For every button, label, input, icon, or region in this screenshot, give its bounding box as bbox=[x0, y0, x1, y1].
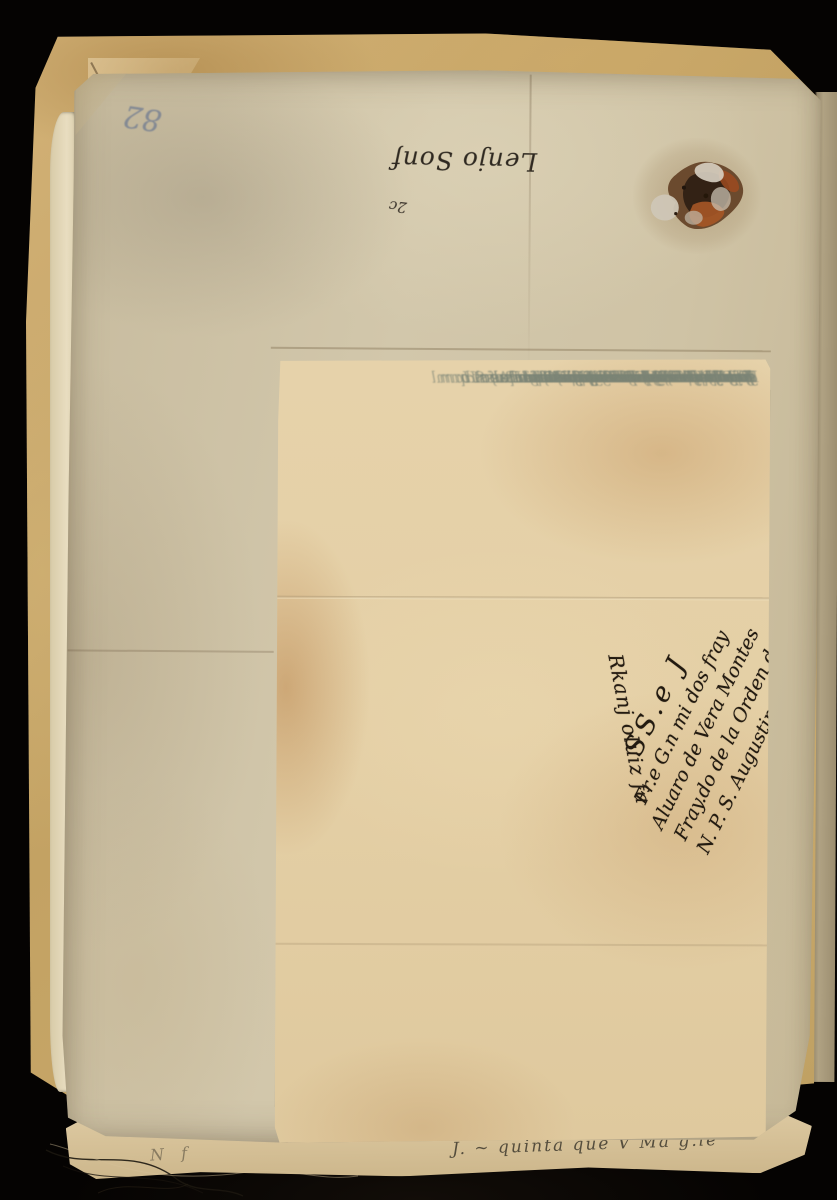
loose-threads bbox=[38, 1138, 378, 1200]
crease-above-inset bbox=[271, 347, 771, 352]
wax-seal bbox=[646, 147, 749, 242]
folio-number: 82 bbox=[121, 97, 164, 137]
inset-letter-page: pm e Al rtal Lloga trae puebl Buntilse g… bbox=[275, 358, 771, 1145]
horizontal-crease-left bbox=[68, 649, 274, 652]
inverted-ink-annotation-small: 2c bbox=[388, 197, 408, 217]
main-page: 82 Lenjo Sonf 2c pm e Al rtal Lloga trae… bbox=[60, 67, 821, 1148]
inverted-ink-annotation: Lenjo Sonf bbox=[387, 145, 537, 176]
manuscript-photo: N f J. ~ quinta que V Ma g.le 82 Lenjo S… bbox=[0, 0, 837, 1200]
bleedthrough-line: fran qun al ta tlim s ti bbox=[579, 364, 751, 391]
vertical-crease bbox=[528, 75, 532, 375]
